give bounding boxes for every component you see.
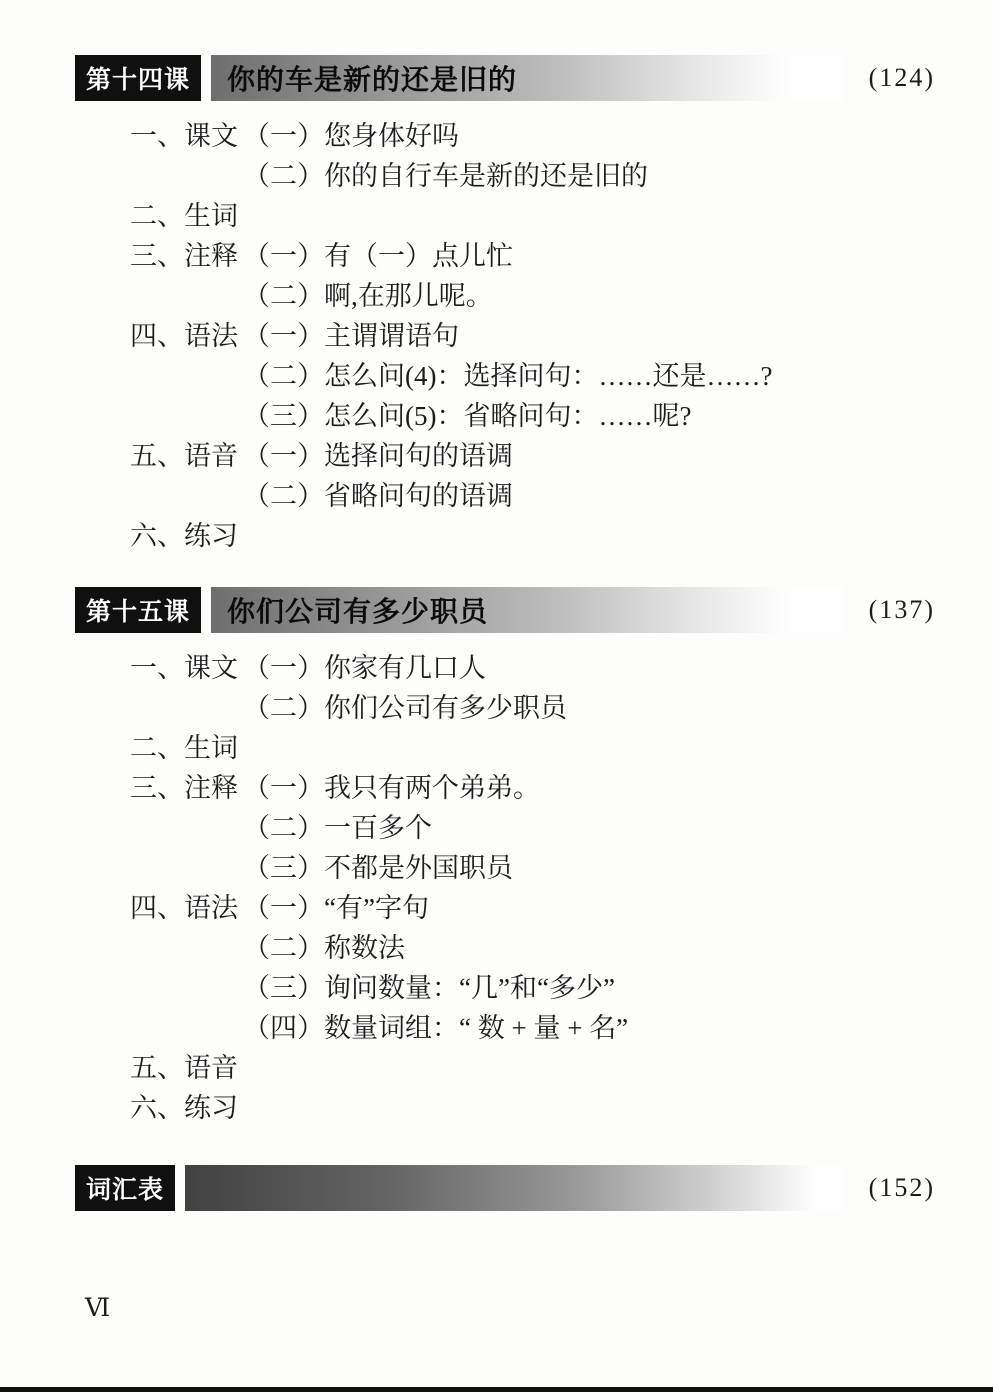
- toc-row: （二）你们公司有多少职员: [130, 685, 953, 725]
- row-text: （一）“有”字句: [243, 886, 429, 925]
- row-label: 四、语法: [130, 314, 243, 353]
- lesson-15-page-number: (137): [843, 587, 935, 633]
- toc-row: （二）怎么问(4)：选择问句：……还是……?: [130, 353, 953, 393]
- top-margin: [0, 0, 993, 55]
- toc-row: 六、练习: [130, 513, 953, 553]
- row-text: （二）省略问句的语调: [243, 474, 513, 513]
- row-label: 六、练习: [130, 1086, 243, 1125]
- lesson-14-page-number: (124): [843, 55, 935, 101]
- row-label: 四、语法: [130, 886, 243, 925]
- toc-row: 四、语法（一）主谓谓语句: [130, 313, 953, 353]
- lesson-14-header: 第十四课 你的车是新的还是旧的 (124): [75, 55, 935, 101]
- lesson-15-toc: 一、课文（一）你家有几口人 （二）你们公司有多少职员 二、生词 三、注释（一）我…: [130, 645, 953, 1125]
- row-label: 三、注释: [130, 234, 243, 273]
- row-label: 一、课文: [130, 646, 243, 685]
- toc-row: 一、课文（一）你家有几口人: [130, 645, 953, 685]
- row-text: （二）你的自行车是新的还是旧的: [243, 154, 648, 193]
- row-text: （二）你们公司有多少职员: [243, 686, 567, 725]
- vocab-header: 词汇表 (152): [75, 1165, 935, 1211]
- row-text: （二）怎么问(4)：选择问句：……还是……?: [243, 354, 772, 393]
- lesson-15-title: 你们公司有多少职员: [211, 590, 488, 630]
- lesson-14-title-bar: 你的车是新的还是旧的: [211, 55, 843, 101]
- toc-row: （三）怎么问(5)：省略问句：……呢?: [130, 393, 953, 433]
- toc-row: 二、生词: [130, 193, 953, 233]
- row-text: （一）选择问句的语调: [243, 434, 513, 473]
- row-label: 一、课文: [130, 114, 243, 153]
- row-text: （一）主谓谓语句: [243, 314, 459, 353]
- row-text: （三）询问数量：“几”和“多少”: [243, 966, 615, 1005]
- toc-row: 五、语音: [130, 1045, 953, 1085]
- row-text: （二）啊,在那儿呢。: [243, 274, 493, 313]
- section-gap: [0, 553, 993, 587]
- toc-row: 四、语法（一）“有”字句: [130, 885, 953, 925]
- row-label: 三、注释: [130, 766, 243, 805]
- row-label: 二、生词: [130, 194, 243, 233]
- section-gap: [0, 1125, 993, 1165]
- row-label: 五、语音: [130, 434, 243, 473]
- row-text: （四）数量词组：“ 数 + 量 + 名”: [243, 1006, 628, 1045]
- toc-row: 五、语音（一）选择问句的语调: [130, 433, 953, 473]
- bottom-rule: [0, 1387, 993, 1392]
- row-text: （一）您身体好吗: [243, 114, 459, 153]
- row-text: （一）有（一）点儿忙: [243, 234, 513, 273]
- toc-row: 二、生词: [130, 725, 953, 765]
- lesson-15-title-bar: 你们公司有多少职员: [211, 587, 843, 633]
- row-label: 二、生词: [130, 726, 243, 765]
- row-text: （三）不都是外国职员: [243, 846, 513, 885]
- row-text: （三）怎么问(5)：省略问句：……呢?: [243, 394, 691, 433]
- toc-row: 一、课文（一）您身体好吗: [130, 113, 953, 153]
- row-text: （二）称数法: [243, 926, 405, 965]
- toc-row: （三）不都是外国职员: [130, 845, 953, 885]
- toc-row: （三）询问数量：“几”和“多少”: [130, 965, 953, 1005]
- row-label: 五、语音: [130, 1046, 243, 1085]
- toc-row: （二）啊,在那儿呢。: [130, 273, 953, 313]
- toc-row: 六、练习: [130, 1085, 953, 1125]
- lesson-15-badge: 第十五课: [75, 587, 201, 633]
- vocab-bar: [185, 1165, 843, 1211]
- toc-row: （二）你的自行车是新的还是旧的: [130, 153, 953, 193]
- folio-page-number: Ⅵ: [85, 1293, 993, 1323]
- lesson-14-title: 你的车是新的还是旧的: [211, 58, 517, 98]
- toc-row: （四）数量词组：“ 数 + 量 + 名”: [130, 1005, 953, 1045]
- vocab-page-number: (152): [843, 1165, 935, 1211]
- vocab-badge: 词汇表: [75, 1165, 175, 1211]
- lesson-14-toc: 一、课文（一）您身体好吗 （二）你的自行车是新的还是旧的 二、生词 三、注释（一…: [130, 113, 953, 553]
- toc-row: （二）一百多个: [130, 805, 953, 845]
- toc-row: （二）称数法: [130, 925, 953, 965]
- lesson-15-header: 第十五课 你们公司有多少职员 (137): [75, 587, 935, 633]
- toc-row: （二）省略问句的语调: [130, 473, 953, 513]
- lesson-14-badge: 第十四课: [75, 55, 201, 101]
- row-text: （二）一百多个: [243, 806, 432, 845]
- row-text: （一）我只有两个弟弟。: [243, 766, 540, 805]
- toc-row: 三、注释（一）我只有两个弟弟。: [130, 765, 953, 805]
- toc-page: 第十四课 你的车是新的还是旧的 (124) 一、课文（一）您身体好吗 （二）你的…: [0, 0, 993, 1393]
- row-text: （一）你家有几口人: [243, 646, 486, 685]
- row-label: 六、练习: [130, 514, 243, 553]
- toc-row: 三、注释（一）有（一）点儿忙: [130, 233, 953, 273]
